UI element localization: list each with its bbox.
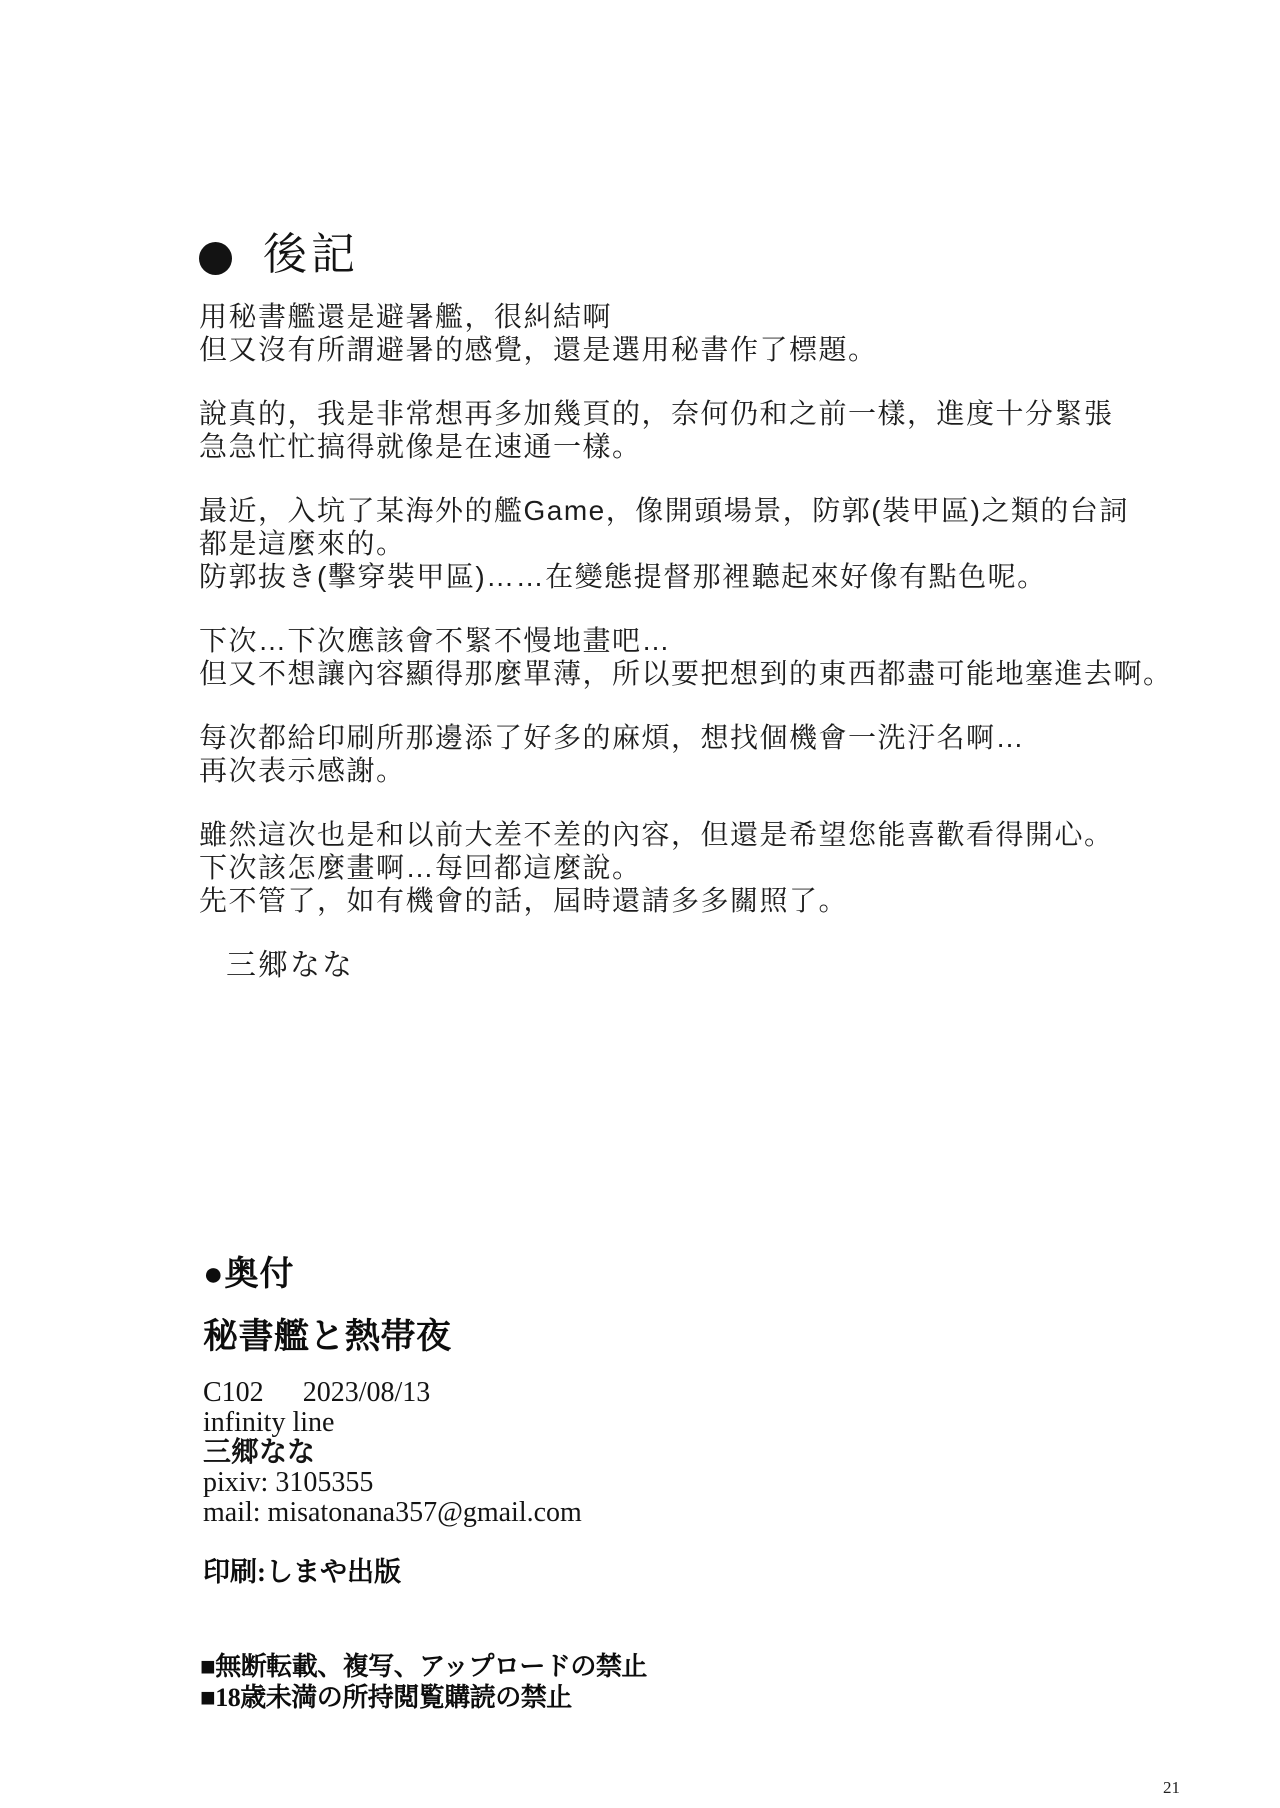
page-number: 21 [1163, 1778, 1180, 1798]
text-line: 說真的，我是非常想再多加幾頁的，奈何仍和之前一樣，進度十分緊張 [199, 397, 1189, 430]
text-line: 下次該怎麼畫啊…每回都這麼說。 [199, 851, 1189, 884]
afterword-paragraph: 最近，入坑了某海外的艦Game，像開頭場景，防郭(裝甲區)之類的台詞 都是這麼來… [199, 494, 1189, 593]
colophon-author: 三郷なな [203, 1438, 582, 1468]
notice-line: ■18歳未満の所持閲覧購読の禁止 [200, 1682, 647, 1713]
afterword-paragraph: 雖然這次也是和以前大差不差的內容，但還是希望您能喜歡看得開心。 下次該怎麼畫啊…… [199, 818, 1189, 917]
text-line: 防郭抜き(擊穿裝甲區)……在變態提督那裡聽起來好像有點色呢。 [199, 560, 1189, 593]
printer-credit: 印刷:しまや出版 [203, 1556, 401, 1588]
text-line: 每次都給印刷所那邊添了好多的麻煩，想找個機會一洗汙名啊… [199, 721, 1189, 754]
afterword-paragraph: 用秘書艦還是避暑艦，很糾結啊 但又沒有所謂避暑的感覺，還是選用秘書作了標題。 [199, 300, 1189, 366]
text-line: 都是這麼來的。 [199, 527, 1189, 560]
text-line: 先不管了，如有機會的話，屆時還請多多關照了。 [199, 884, 1189, 917]
notice-line: ■無断転載、複写、アップロードの禁止 [200, 1651, 647, 1682]
afterword-title: 後記 [263, 233, 359, 277]
text-line: 但又沒有所謂避暑的感覺，還是選用秘書作了標題。 [199, 333, 1189, 366]
afterword-paragraph: 每次都給印刷所那邊添了好多的麻煩，想找個機會一洗汙名啊… 再次表示感謝。 [199, 721, 1189, 787]
event-date-row: C102 2023/08/13 [203, 1378, 582, 1408]
text-line: 下次…下次應該會不緊不慢地畫吧… [199, 624, 1189, 657]
text-line: 雖然這次也是和以前大差不差的內容，但還是希望您能喜歡看得開心。 [199, 818, 1189, 851]
document-page: 後記 用秘書艦還是避暑艦，很糾結啊 但又沒有所謂避暑的感覺，還是選用秘書作了標題… [0, 0, 1280, 1808]
text-line: 用秘書艦還是避暑艦，很糾結啊 [199, 300, 1189, 333]
colophon-info: C102 2023/08/13 infinity line 三郷なな pixiv… [203, 1378, 582, 1528]
pixiv-id: pixiv: 3105355 [203, 1468, 582, 1498]
legal-notices: ■無断転載、複写、アップロードの禁止 ■18歳未満の所持閲覧購読の禁止 [200, 1651, 647, 1713]
publication-date: 2023/08/13 [303, 1378, 431, 1408]
bullet-circle-icon [199, 242, 232, 275]
afterword-body: 用秘書艦還是避暑艦，很糾結啊 但又沒有所謂避暑的感覺，還是選用秘書作了標題。 說… [199, 300, 1189, 982]
mail-address: mail: misatonana357@gmail.com [203, 1498, 582, 1528]
text-line: 急急忙忙搞得就像是在速通一樣。 [199, 430, 1189, 463]
book-title: 秘書艦と熱帯夜 [203, 1316, 452, 1358]
event-name: C102 [203, 1378, 264, 1408]
text-line: 最近，入坑了某海外的艦Game，像開頭場景，防郭(裝甲區)之類的台詞 [199, 494, 1189, 527]
circle-name: infinity line [203, 1408, 582, 1438]
author-signature: 三郷なな [199, 949, 1189, 982]
text-line: 但又不想讓內容顯得那麼單薄，所以要把想到的東西都盡可能地塞進去啊。 [199, 657, 1189, 690]
text-line: 再次表示感謝。 [199, 754, 1189, 787]
afterword-paragraph: 下次…下次應該會不緊不慢地畫吧… 但又不想讓內容顯得那麼單薄，所以要把想到的東西… [199, 624, 1189, 690]
afterword-paragraph: 說真的，我是非常想再多加幾頁的，奈何仍和之前一樣，進度十分緊張 急急忙忙搞得就像… [199, 397, 1189, 463]
afterword-header: 後記 [199, 233, 359, 277]
colophon-section-title: ●奥付 [203, 1254, 295, 1295]
